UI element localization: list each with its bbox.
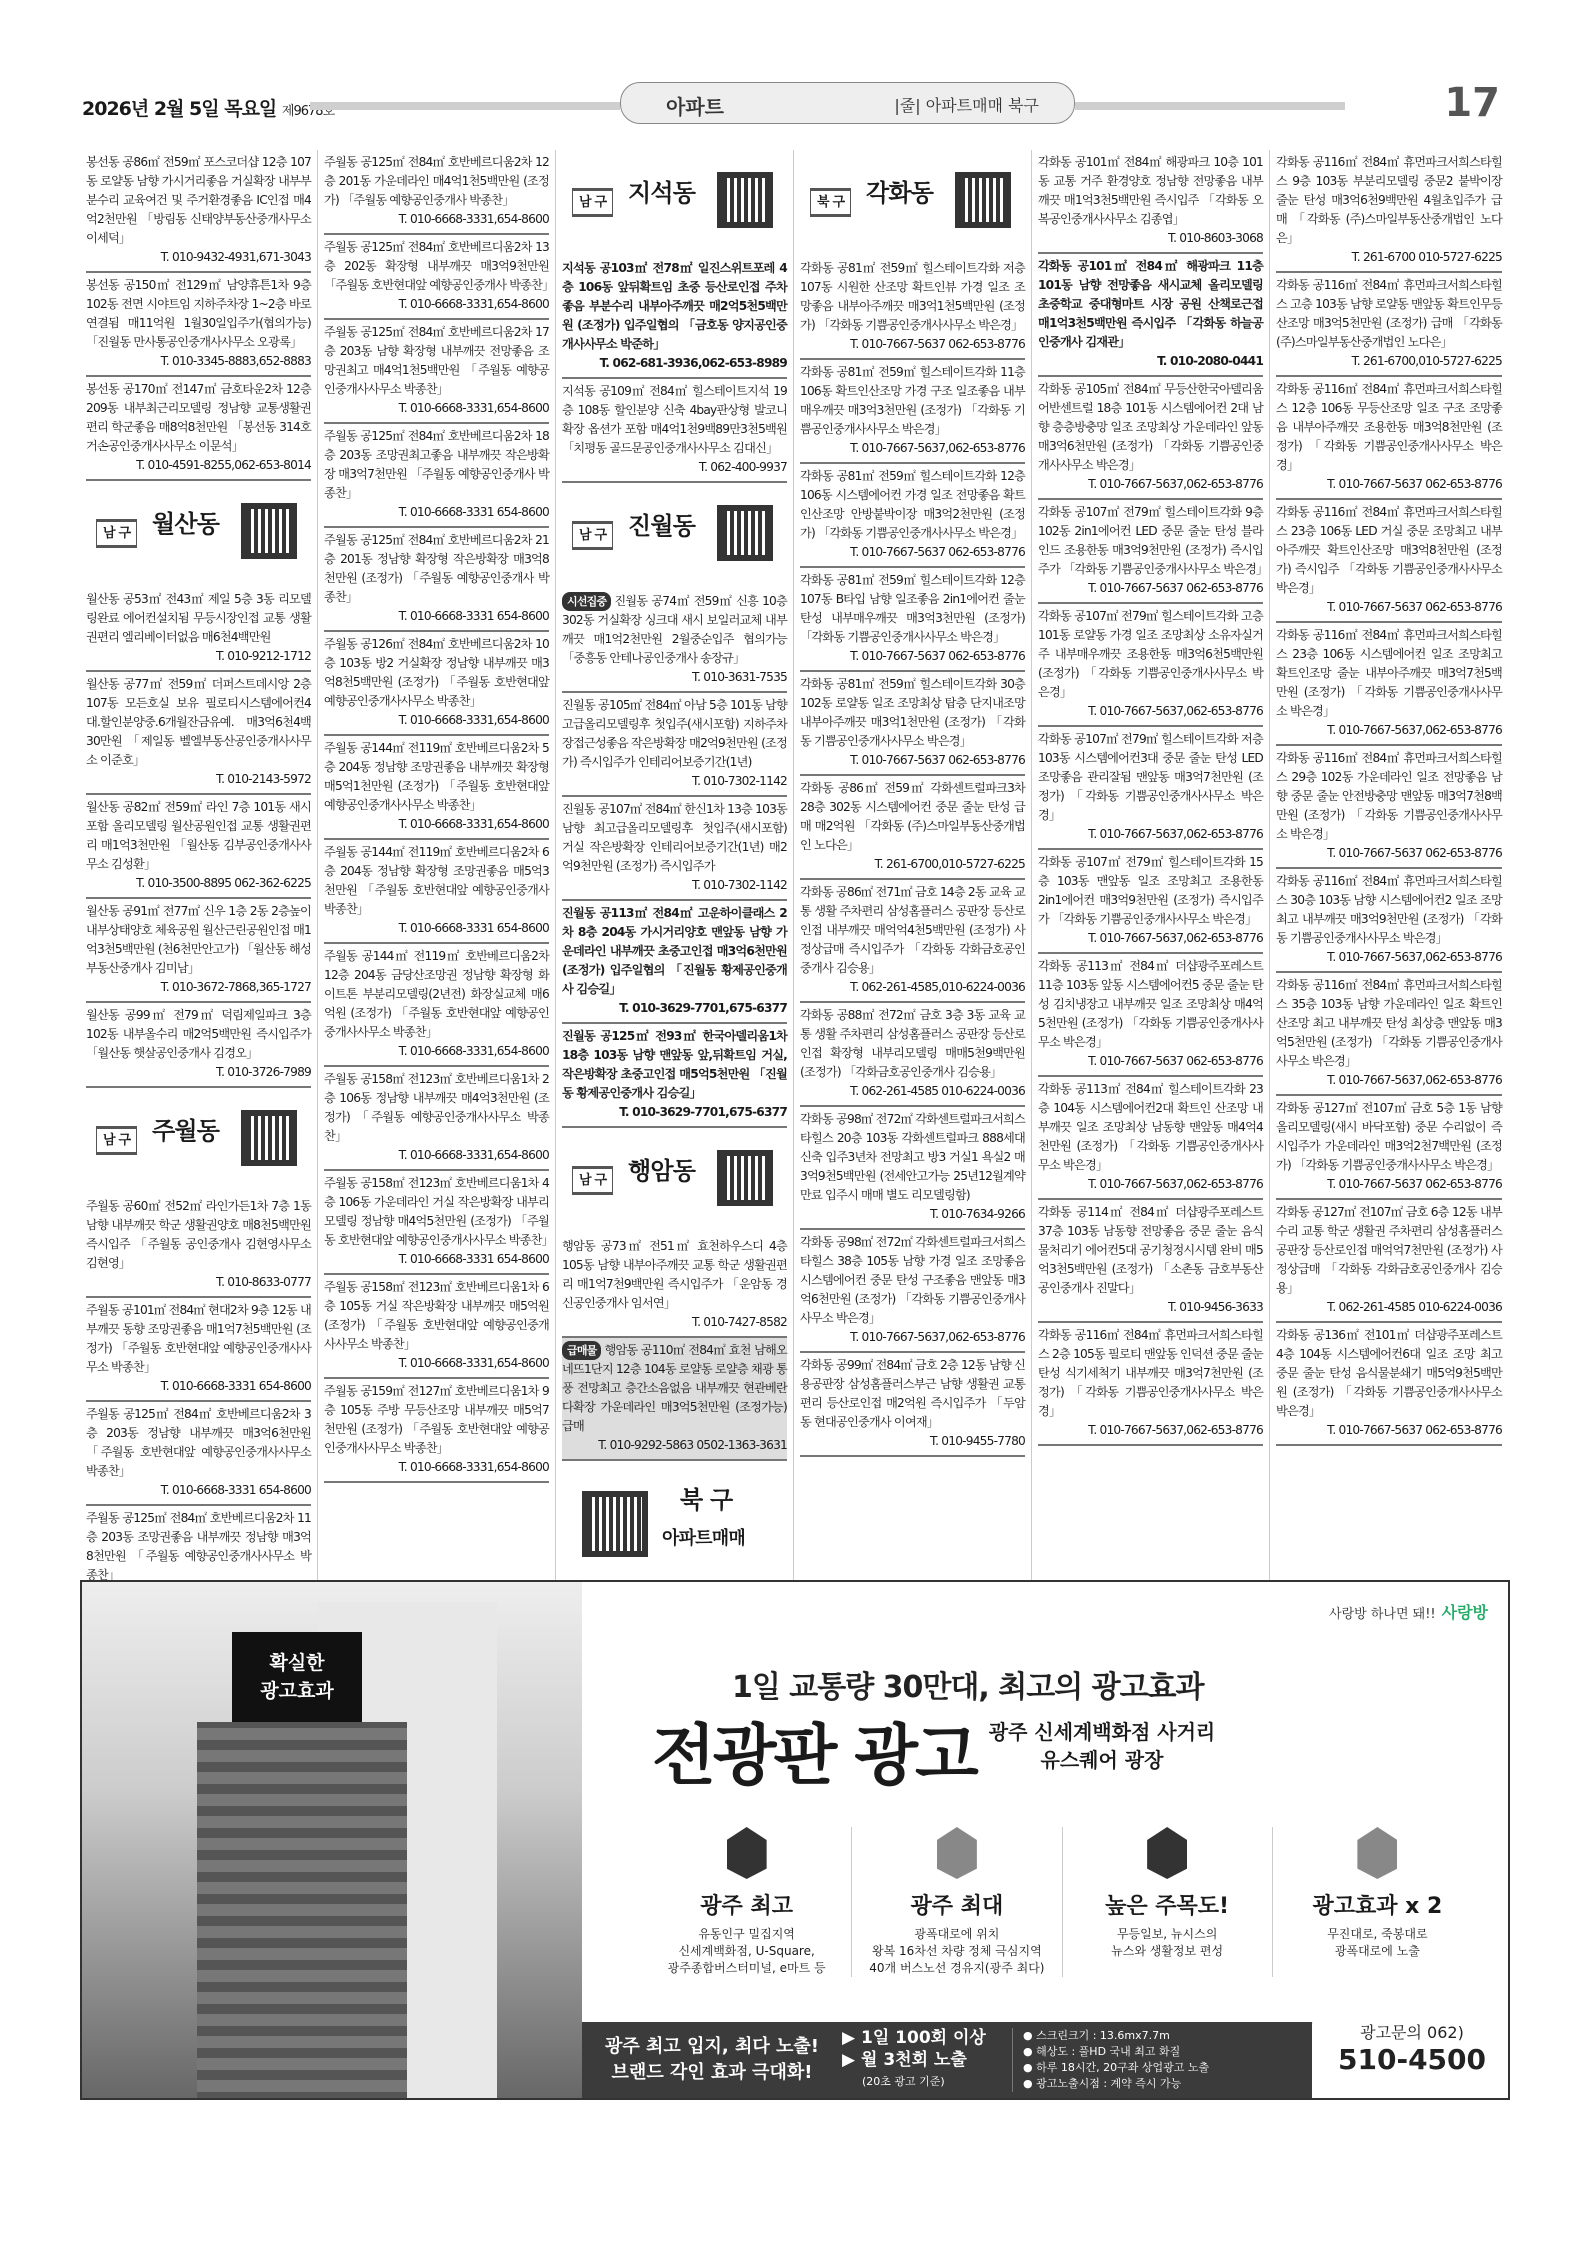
listing-ad: 진월동 공107㎡ 전84㎡ 한신1차 13층 103동 남향 최고급올리모델링… <box>562 797 787 901</box>
listing-ad: 주월동 공158㎡ 전123㎡ 호반베르디움1차 4층 106동 가운데라인 거… <box>324 1171 549 1275</box>
listing-ad: 진월동 공105㎡ 전84㎡ 아남 5층 101동 남향 고급올리모델링후 첫입… <box>562 693 787 797</box>
banner-location: 광주 신세계백화점 사거리유스퀘어 광장 <box>962 1718 1242 1774</box>
contact-box: 광고문의 062)510-4500 <box>1312 2012 1510 2098</box>
footer-specs: ● 스크린크기 : 13.6mx7.7m● 해상도 : 풀HD 국내 최고 화질… <box>1012 2028 1252 2092</box>
listing-phone: T. 010-3629-7701,675-6377 <box>562 1103 787 1122</box>
listing-ad: 월산동 공99㎡ 전79㎡ 덕림제일파크 3층 102동 내부올수리 매2억5백… <box>86 1003 311 1088</box>
listing-text: 각화동 공127㎡ 전107㎡ 금호 6층 12동 내부수리 교통 학군 생활권… <box>1276 1205 1502 1295</box>
listing-phone: T. 062-400-9937 <box>562 458 787 477</box>
section-title: 아파트 <box>666 91 724 120</box>
listing-text: 각화동 공81㎡ 전59㎡ 힐스테이트각화 12층 106동 시스템에어컨 가경… <box>800 469 1025 540</box>
listing-text: 각화동 공81㎡ 전59㎡ 힐스테이트각화 12층 107동 B타입 남향 일조… <box>800 573 1025 644</box>
listing-text: 주월동 공158㎡ 전123㎡ 호반베르디움1차 6층 105동 거실 작은방확… <box>324 1280 549 1351</box>
listing-text: 각화동 공116㎡ 전84㎡ 휴먼파크서희스타힐스 35층 103동 남향 가운… <box>1276 978 1502 1068</box>
listing-text: 봉선동 공170㎡ 전147㎡ 금호타운2차 12층 209동 내부최근리모델링… <box>86 382 311 453</box>
classifieds-columns: 봉선동 공86㎡ 전59㎡ 포스코더샵 12층 107동 로얄동 남향 가시거리… <box>80 150 1510 1580</box>
listing-ad: 주월동 공144㎡ 전119㎡ 호반베르디움2차 12층 204동 금당산조망권… <box>324 944 549 1067</box>
listing-phone: T. 010-6668-3331,654-8600 <box>324 1146 549 1165</box>
listing-ad: 봉선동 공170㎡ 전147㎡ 금호타운2차 12층 209동 내부최근리모델링… <box>86 377 311 481</box>
column: 주월동 공125㎡ 전84㎡ 호반베르디움2차 12층 201동 가운데라인 매… <box>318 150 556 1580</box>
listing-text: 주월동 공60㎡ 전52㎡ 라인가든1차 7층 1동 남향 내부깨끗 학군 생활… <box>86 1199 311 1270</box>
listing-ad: 각화동 공86㎡ 전59㎡ 각화센트럴파크3차 28층 302동 시스템에어컨 … <box>800 776 1025 880</box>
brand-logo: 사랑방 <box>1442 1603 1488 1622</box>
listing-phone: T. 010-2143-5972 <box>86 770 311 789</box>
listing-text: 각화동 공116㎡ 전84㎡ 휴먼파크서희스타힐스 30층 103동 남향 시스… <box>1276 874 1502 945</box>
listing-phone: T. 010-6668-3331,654-8600 <box>324 1354 549 1373</box>
listing-text: 각화동 공113㎡ 전84㎡ 힐스테이트각화 23층 104동 시스템에어컨2대… <box>1038 1082 1263 1172</box>
listing-phone: T. 261-6700,010-5727-6225 <box>800 855 1025 874</box>
listing-text: 각화동 공127㎡ 전107㎡ 금호 5층 1동 남향 올리모델링(새시 바닥포… <box>1276 1101 1502 1172</box>
listing-ad: 행암동 공73㎡ 전51㎡ 효천하우스디 4층 105동 남향 내부아주깨끗 교… <box>562 1234 787 1338</box>
listing-text: 진월동 공105㎡ 전84㎡ 아남 5층 101동 남향 고급올리모델링후 첫입… <box>562 698 787 769</box>
page-header: 2026년 2월 5일 목요일 제9678호 아파트 |줄| 아파트매매 북구 … <box>80 80 1510 130</box>
listing-phone: T. 261-6700 010-5727-6225 <box>1276 248 1502 267</box>
footer-stats: ▶ 1일 100회 이상▶ 월 3천회 노출(20초 광고 기준) <box>842 2027 1012 2093</box>
dong-name: 지석동 <box>628 184 695 203</box>
listing-text: 각화동 공101㎡ 전84㎡ 해광파크 10층 101동 교통 거주 환경양호 … <box>1038 155 1263 226</box>
district-label: 남 구 <box>572 1166 613 1195</box>
listing-phone: T. 010-7302-1142 <box>562 772 787 791</box>
building-facade <box>197 1722 407 2100</box>
listing-phone: T. 010-7667-5637 062-653-8776 <box>800 751 1025 770</box>
listing-phone: T. 010-7427-8582 <box>562 1313 787 1332</box>
listing-text: 각화동 공81㎡ 전59㎡ 힐스테이트각화 11층 106동 확트인산조망 가경… <box>800 365 1025 436</box>
listing-ad: 봉선동 공150㎡ 전129㎡ 남양휴튼1차 9층 102동 전면 시야트임 지… <box>86 273 311 377</box>
listing-text: 각화동 공116㎡ 전84㎡ 휴먼파크서희스타힐스 29층 102동 가운데라인… <box>1276 751 1502 841</box>
listing-ad: 각화동 공116㎡ 전84㎡ 휴먼파크서희스타힐스 12층 106동 무등산조망… <box>1276 377 1502 500</box>
listing-ad: 각화동 공81㎡ 전59㎡ 힐스테이트각화 11층 106동 확트인산조망 가경… <box>800 360 1025 464</box>
qr-code-icon[interactable] <box>241 503 297 559</box>
banner-headline: 1일 교통량 30만대, 최고의 광고효과 <box>732 1662 1204 1706</box>
banner-footer: 광주 최고 입지, 최다 노출!브랜드 각인 효과 극대화! ▶ 1일 100회… <box>582 2022 1510 2098</box>
listing-phone: T. 010-6668-3331 654-8600 <box>324 503 549 522</box>
billboard-ad-banner: 확실한광고효과 사랑방 하나면 돼!!사랑방 1일 교통량 30만대, 최고의 … <box>80 1580 1510 2100</box>
listing-ad: 각화동 공136㎡ 전101㎡ 더샵광주포레스트 4층 104동 시스템에어컨6… <box>1276 1323 1502 1446</box>
qr-code-icon[interactable] <box>717 1150 773 1206</box>
listing-text: 봉선동 공150㎡ 전129㎡ 남양휴튼1차 9층 102동 전면 시야트임 지… <box>86 278 311 349</box>
listing-text: 각화동 공116㎡ 전84㎡ 휴먼파크서희스타힐스 2층 105동 필로티 맨앞… <box>1038 1328 1263 1418</box>
listing-text: 주월동 공125㎡ 전84㎡ 호반베르디움2차 13층 202동 확장형 내부깨… <box>324 240 554 292</box>
dong-name: 주월동 <box>152 1122 219 1141</box>
listing-phone: T. 010-3345-8883,652-8883 <box>86 352 311 371</box>
listing-phone: T. 010-7667-5637,062-653-8776 <box>1038 475 1263 494</box>
listing-text: 주월동 공125㎡ 전84㎡ 호반베르디움2차 11층 203동 조망권좋음 내… <box>86 1511 311 1580</box>
column: 남 구지석동지석동 공103㎡ 전78㎡ 일진스위트포레 4층 106동 앞뒤확… <box>556 150 794 1580</box>
feature-item: 높은 주목도!무등일보, 뉴시스의 뉴스와 생활정보 편성 <box>1063 1827 1273 1977</box>
listing-ad: 각화동 공107㎡ 전79㎡ 힐스테이트각화 9층 102동 2in1에어컨 L… <box>1038 500 1263 604</box>
listing-ad: 각화동 공116㎡ 전84㎡ 휴먼파크서희스타힐스 23층 106동 시스템에어… <box>1276 623 1502 746</box>
listing-ad: 주월동 공125㎡ 전84㎡ 호반베르디움2차 12층 201동 가운데라인 매… <box>324 150 549 235</box>
listing-ad: 각화동 공114㎡ 전84㎡ 더샵광주포레스트 37층 103동 남동향 전망좋… <box>1038 1200 1263 1323</box>
footer-tagline: 광주 최고 입지, 최다 노출!브랜드 각인 효과 극대화! <box>582 2034 842 2086</box>
listing-ad: 주월동 공126㎡ 전84㎡ 호반베르디움2차 10층 103동 방2 거실확장… <box>324 632 549 736</box>
listing-ad: 주월동 공125㎡ 전84㎡ 호반베르디움2차 13층 202동 확장형 내부깨… <box>324 235 549 320</box>
feature-item: 광고효과 x 2무진대로, 죽봉대로 광폭대로에 노출 <box>1273 1827 1482 1977</box>
dong-name: 월산동 <box>152 515 219 534</box>
listing-ad: 주월동 공144㎡ 전119㎡ 호반베르디움2차 5층 204동 정남향 조망권… <box>324 736 549 840</box>
listing-phone: T. 010-3672-7868,365-1727 <box>86 978 311 997</box>
feature-list: 광주 최고유동인구 밀집지역 신세계백화점, U-Square, 광주종합버스터… <box>642 1827 1482 1977</box>
listing-ad: 진월동 공125㎡ 전93㎡ 한국아델리움1차 18층 103동 남향 맨앞동 … <box>562 1024 787 1128</box>
listing-ad: 각화동 공81㎡ 전59㎡ 힐스테이트각화 12층 107동 B타입 남향 일조… <box>800 568 1025 672</box>
header-rule-right <box>1075 102 1345 110</box>
listing-ad: 월산동 공77㎡ 전59㎡ 더퍼스트데시앙 2층 107동 모든호실 보유 필로… <box>86 672 311 795</box>
listing-phone: T. 010-9455-7780 <box>800 1432 1025 1451</box>
listing-text: 각화동 공81㎡ 전59㎡ 힐스테이트각화 저층 107동 시원한 산조망 확트… <box>800 261 1025 332</box>
listing-phone: T. 010-7667-5637 062-653-8776 <box>1276 1421 1502 1440</box>
listing-text: 주월동 공144㎡ 전119㎡ 호반베르디움2차 12층 204동 금당산조망권… <box>324 949 549 1039</box>
listing-phone: T. 010-7667-5637,062-653-8776 <box>1276 1071 1502 1090</box>
listing-text: 진월동 공125㎡ 전93㎡ 한국아델리움1차 18층 103동 남향 맨앞동 … <box>562 1029 787 1100</box>
listing-text: 각화동 공136㎡ 전101㎡ 더샵광주포레스트 4층 104동 시스템에어컨6… <box>1276 1328 1502 1418</box>
qr-code-icon[interactable] <box>717 172 773 228</box>
listing-phone: T. 010-7667-5637,062-653-8776 <box>1038 929 1263 948</box>
listing-text: 주월동 공144㎡ 전119㎡ 호반베르디움2차 6층 204동 정남향 확장형… <box>324 845 549 916</box>
listing-ad: 주월동 공125㎡ 전84㎡ 호반베르디움2차 3층 203동 정남향 내부깨끗… <box>86 1402 311 1506</box>
listing-text: 각화동 공105㎡ 전84㎡ 무등산한국아델리움어반센트럴 18층 101동 시… <box>1038 382 1263 472</box>
listing-ad: 각화동 공116㎡ 전84㎡ 휴먼파크서희스타힐스 35층 103동 남향 가운… <box>1276 973 1502 1096</box>
listing-text: 주월동 공101㎡ 전84㎡ 현대2차 9층 12동 내부깨끗 동향 조망권좋음… <box>86 1303 311 1374</box>
banner-title: 전광판 광고 <box>652 1702 976 1797</box>
listing-text: 지석동 공109㎡ 전84㎡ 힐스테이트지석 19층 108동 할인분양 신축 … <box>562 384 787 455</box>
listing-text: 주월동 공125㎡ 전84㎡ 호반베르디움2차 21층 201동 정남향 확장형… <box>324 533 549 604</box>
listing-phone: T. 010-7667-5637 062-653-8776 <box>800 647 1025 666</box>
listing-text: 주월동 공144㎡ 전119㎡ 호반베르디움2차 5층 204동 정남향 조망권… <box>324 741 549 812</box>
listing-ad: 각화동 공113㎡ 전84㎡ 더샵광주포레스트 11층 103동 앞동 시스템에… <box>1038 954 1263 1077</box>
listing-ad: 각화동 공116㎡ 전84㎡ 휴먼파크서희스타힐스 29층 102동 가운데라인… <box>1276 746 1502 869</box>
listing-text: 주월동 공158㎡ 전123㎡ 호반베르디움1차 4층 106동 가운데라인 거… <box>324 1176 553 1247</box>
listing-phone: T. 010-6668-3331 654-8600 <box>324 607 549 626</box>
double-effect-icon <box>1357 1827 1397 1879</box>
listing-ad: 각화동 공127㎡ 전107㎡ 금호 6층 12동 내부수리 교통 학군 생활권… <box>1276 1200 1502 1323</box>
crowd-icon <box>727 1827 767 1879</box>
listing-phone: T. 010-3726-7989 <box>86 1063 311 1082</box>
listing-phone: T. 010-6668-3331 654-8600 <box>324 919 549 938</box>
dong-name: 각화동 <box>866 184 933 203</box>
subsection-title: |줄| 아파트매매 북구 <box>894 93 1039 116</box>
listing-ad: 주월동 공125㎡ 전84㎡ 호반베르디움2차 17층 203동 남향 확장형 … <box>324 320 549 424</box>
listing-phone: T. 062-261-4585 010-6224-0036 <box>800 1082 1025 1101</box>
listing-phone: T. 010-7667-5637,062-653-8776 <box>1038 825 1263 844</box>
listing-text: 각화동 공116㎡ 전84㎡ 휴먼파크서희스타힐스 12층 106동 무등산조망… <box>1276 382 1502 472</box>
listing-phone: T. 010-7667-5637 062-653-8776 <box>1276 1175 1502 1194</box>
listing-text: 각화동 공86㎡ 전59㎡ 각화센트럴파크3차 28층 302동 시스템에어컨 … <box>800 781 1025 852</box>
column: 각화동 공101㎡ 전84㎡ 해광파크 10층 101동 교통 거주 환경양호 … <box>1032 150 1270 1580</box>
listing-phone: T. 010-8633-0777 <box>86 1273 311 1292</box>
listing-ad: 각화동 공86㎡ 전71㎡ 금호 14층 2동 교육 교통 생활 주차편리 삼성… <box>800 880 1025 1003</box>
listing-phone: T. 062-261-4585,010-6224-0036 <box>800 978 1025 997</box>
listing-ad: 각화동 공81㎡ 전59㎡ 힐스테이트각화 저층 107동 시원한 산조망 확트… <box>800 256 1025 360</box>
issue-date: 2026년 2월 5일 목요일 제9678호 <box>82 94 334 121</box>
billboard-photo: 확실한광고효과 <box>82 1582 582 2100</box>
listing-ad: 봉선동 공86㎡ 전59㎡ 포스코더샵 12층 107동 로얄동 남향 가시거리… <box>86 150 311 273</box>
district-label: 남 구 <box>572 521 613 550</box>
listing-text: 월산동 공91㎡ 전77㎡ 신우 1층 2동 2층높이 내부상태양호 체육공원 … <box>86 904 311 975</box>
listing-ad: 각화동 공116㎡ 전84㎡ 휴먼파크서희스타힐스 고층 103동 남향 로얄동… <box>1276 273 1502 377</box>
feature-item: 광주 최대광폭대로에 위치 왕복 16차선 차량 정체 극심지역 40개 버스노… <box>852 1827 1062 1977</box>
district-section-header: 북 구각화동 <box>800 158 1025 248</box>
listing-text: 각화동 공116㎡ 전84㎡ 휴먼파크서희스타힐스 23층 106동 LED 거… <box>1276 505 1502 595</box>
listing-phone: T. 010-7667-5637 062-653-8776 <box>800 335 1025 354</box>
listing-phone: T. 010-6668-3331,654-8600 <box>324 295 549 314</box>
listing-phone: T. 010-3500-8895 062-362-6225 <box>86 874 311 893</box>
listing-ad: 주월동 공101㎡ 전84㎡ 현대2차 9층 12동 내부깨끗 동향 조망권좋음… <box>86 1298 311 1402</box>
listing-ad: 각화동 공116㎡ 전84㎡ 휴먼파크서희스타힐스 9층 103동 부분리모델링… <box>1276 150 1502 273</box>
district-section-header: 남 구행암동 <box>562 1136 787 1226</box>
listing-text: 각화동 공116㎡ 전84㎡ 휴먼파크서희스타힐스 9층 103동 부분리모델링… <box>1276 155 1502 245</box>
listing-phone: T. 010-6668-3331,654-8600 <box>324 815 549 834</box>
district-section-header: 남 구주월동 <box>86 1096 311 1186</box>
listing-phone: T. 010-7634-9266 <box>800 1205 1025 1224</box>
listing-ad: 지석동 공103㎡ 전78㎡ 일진스위트포레 4층 106동 앞뒤확트임 초중 … <box>562 256 787 379</box>
dong-name: 진월동 <box>628 517 695 536</box>
listing-phone: T. 261-6700,010-5727-6225 <box>1276 352 1502 371</box>
traffic-icon <box>937 1827 977 1879</box>
listing-ad: 주월동 공125㎡ 전84㎡ 호반베르디움2차 11층 203동 조망권좋음 내… <box>86 1506 311 1580</box>
listing-text: 월산동 공53㎡ 전43㎡ 제일 5층 3동 리모델링완료 에어컨설치됨 무등시… <box>86 592 311 644</box>
listing-text: 각화동 공98㎡ 전72㎡ 각화센트럴파크서희스타힐스 20층 103동 각화센… <box>800 1112 1025 1202</box>
listing-phone: T. 010-6668-3331 654-8600 <box>86 1377 311 1396</box>
listing-ad: 각화동 공81㎡ 전59㎡ 힐스테이트각화 12층 106동 시스템에어컨 가경… <box>800 464 1025 568</box>
listing-text: 주월동 공125㎡ 전84㎡ 호반베르디움2차 12층 201동 가운데라인 매… <box>324 155 549 207</box>
district-label: 남 구 <box>96 519 137 548</box>
listing-ad: 주월동 공144㎡ 전119㎡ 호반베르디움2차 6층 204동 정남향 확장형… <box>324 840 549 944</box>
qr-code-icon[interactable] <box>241 1110 297 1166</box>
listing-ad: 각화동 공101㎡ 전84㎡ 해광파크 10층 101동 교통 거주 환경양호 … <box>1038 150 1263 254</box>
listing-phone: T. 062-261-4585 010-6224-0036 <box>1276 1298 1502 1317</box>
listing-text: 주월동 공126㎡ 전84㎡ 호반베르디움2차 10층 103동 방2 거실확장… <box>324 637 549 708</box>
listing-text: 각화동 공99㎡ 전84㎡ 금호 2층 12동 남향 신용공판장 삼성홈플러스부… <box>800 1358 1025 1429</box>
district-section-header: 남 구월산동 <box>86 489 311 579</box>
listing-text: 월산동 공99㎡ 전79㎡ 덕림제일파크 3층 102동 내부올수리 매2억5백… <box>86 1008 311 1060</box>
listing-text: 각화동 공81㎡ 전59㎡ 힐스테이트각화 30층 102동 로얄동 일조 조망… <box>800 677 1025 748</box>
listing-ad: 지석동 공109㎡ 전84㎡ 힐스테이트지석 19층 108동 할인분양 신축 … <box>562 379 787 483</box>
qr-code-icon[interactable] <box>717 505 773 561</box>
listing-phone: T. 010-6668-3331 654-8600 <box>324 1250 549 1269</box>
column: 북 구각화동각화동 공81㎡ 전59㎡ 힐스테이트각화 저층 107동 시원한 … <box>794 150 1032 1580</box>
column: 봉선동 공86㎡ 전59㎡ 포스코더샵 12층 107동 로얄동 남향 가시거리… <box>80 150 318 1580</box>
listing-phone: T. 010-6668-3331,654-8600 <box>324 1042 549 1061</box>
badge: 급매물 <box>562 1341 601 1360</box>
listing-text: 각화동 공101㎡ 전84㎡ 해광파크 11층 101동 남향 전망좋음 새시교… <box>1038 259 1263 349</box>
listing-phone: T. 062-681-3936,062-653-8989 <box>562 354 787 373</box>
listing-phone: T. 010-7667-5637 062-653-8776 <box>1038 1052 1263 1071</box>
contact-phone: 510-4500 <box>1312 2043 1510 2076</box>
district-label: 남 구 <box>96 1126 137 1155</box>
listing-phone: T. 010-8603-3068 <box>1038 229 1263 248</box>
listing-ad: 각화동 공81㎡ 전59㎡ 힐스테이트각화 30층 102동 로얄동 일조 조망… <box>800 672 1025 776</box>
listing-text: 각화동 공113㎡ 전84㎡ 더샵광주포레스트 11층 103동 앞동 시스템에… <box>1038 959 1263 1049</box>
listing-ad: 주월동 공158㎡ 전123㎡ 호반베르디움1차 6층 105동 거실 작은방확… <box>324 1275 549 1379</box>
listing-text: 각화동 공116㎡ 전84㎡ 휴먼파크서희스타힐스 23층 106동 시스템에어… <box>1276 628 1502 718</box>
listing-text: 각화동 공88㎡ 전72㎡ 금호 3층 3동 교육 교통 생활 주차편리 삼성홈… <box>800 1008 1025 1079</box>
listing-text: 월산동 공77㎡ 전59㎡ 더퍼스트데시앙 2층 107동 모든호실 보유 필로… <box>86 677 311 767</box>
listing-phone: T. 010-6668-3331,654-8600 <box>324 711 549 730</box>
listing-phone: T. 010-7667-5637,062-653-8776 <box>800 439 1025 458</box>
listing-phone: T. 010-9212-1712 <box>86 647 311 666</box>
listing-phone: T. 010-7667-5637,062-653-8776 <box>800 1328 1025 1347</box>
listing-phone: T. 010-7667-5637,062-653-8776 <box>1038 1421 1263 1440</box>
badge: 시선집중 <box>562 592 611 611</box>
listing-phone: T. 010-7302-1142 <box>562 876 787 895</box>
listing-ad: 월산동 공91㎡ 전77㎡ 신우 1층 2동 2층높이 내부상태양호 체육공원 … <box>86 899 311 1003</box>
listing-ad: 각화동 공88㎡ 전72㎡ 금호 3층 3동 교육 교통 생활 주차편리 삼성홈… <box>800 1003 1025 1107</box>
listing-phone: T. 010-9432-4931,671-3043 <box>86 248 311 267</box>
listing-ad: 주월동 공125㎡ 전84㎡ 호반베르디움2차 21층 201동 정남향 확장형… <box>324 528 549 632</box>
listing-text: 각화동 공107㎡ 전79㎡ 힐스테이트각화 15층 103동 맨앞동 일조 조… <box>1038 855 1263 926</box>
listing-ad: 각화동 공116㎡ 전84㎡ 휴먼파크서희스타힐스 23층 106동 LED 거… <box>1276 500 1502 623</box>
dong-name: 행암동 <box>628 1162 695 1181</box>
listing-phone: T. 010-7667-5637 062-653-8776 <box>1276 844 1502 863</box>
listing-ad: 각화동 공98㎡ 전72㎡ 각화센트럴파크서희스타힐스 38층 105동 남향 … <box>800 1230 1025 1353</box>
district-label: 남 구 <box>572 188 613 217</box>
listing-phone: T. 010-3629-7701,675-6377 <box>562 999 787 1018</box>
listing-text: 봉선동 공86㎡ 전59㎡ 포스코더샵 12층 107동 로얄동 남향 가시거리… <box>86 155 311 245</box>
listing-ad: 월산동 공53㎡ 전43㎡ 제일 5층 3동 리모델링완료 에어컨설치됨 무등시… <box>86 587 311 672</box>
listing-ad: 각화동 공99㎡ 전84㎡ 금호 2층 12동 남향 신용공판장 삼성홈플러스부… <box>800 1353 1025 1457</box>
header-rule-left <box>310 102 620 110</box>
district-section-header: 남 구진월동 <box>562 491 787 581</box>
listing-phone: T. 010-4591-8255,062-653-8014 <box>86 456 311 475</box>
listing-ad: 각화동 공105㎡ 전84㎡ 무등산한국아델리움어반센트럴 18층 101동 시… <box>1038 377 1263 500</box>
listing-phone: T. 010-7667-5637,062-653-8776 <box>1038 1175 1263 1194</box>
district-label: 북 구 <box>810 188 851 217</box>
listing-ad: 시선집중진월동 공74㎡ 전59㎡ 신흥 10층 302동 거실확장 싱크대 새… <box>562 589 787 693</box>
listing-ad: 주월동 공158㎡ 전123㎡ 호반베르디움1차 2층 106동 정남향 내부깨… <box>324 1067 549 1171</box>
listing-ad: 주월동 공60㎡ 전52㎡ 라인가든1차 7층 1동 남향 내부깨끗 학군 생활… <box>86 1194 311 1298</box>
listing-text: 각화동 공116㎡ 전84㎡ 휴먼파크서희스타힐스 고층 103동 남향 로얄동… <box>1276 278 1502 349</box>
listing-phone: T. 010-7667-5637,062-653-8776 <box>1038 702 1263 721</box>
qr-code-icon[interactable] <box>955 172 1011 228</box>
screen-icon <box>1147 1827 1187 1879</box>
listing-text: 주월동 공158㎡ 전123㎡ 호반베르디움1차 2층 106동 정남향 내부깨… <box>324 1072 549 1143</box>
listing-phone: T. 010-7667-5637 062-653-8776 <box>800 543 1025 562</box>
listing-ad: 각화동 공107㎡ 전79㎡ 힐스테이트각화 저층 103동 시스템에어컨3대 … <box>1038 727 1263 850</box>
listing-text: 각화동 공98㎡ 전72㎡ 각화센트럴파크서희스타힐스 38층 105동 남향 … <box>800 1235 1025 1325</box>
listing-text: 행암동 공73㎡ 전51㎡ 효천하우스디 4층 105동 남향 내부아주깨끗 교… <box>562 1239 787 1310</box>
qr-code-icon[interactable] <box>582 1491 648 1557</box>
listing-ad: 각화동 공127㎡ 전107㎡ 금호 5층 1동 남향 올리모델링(새시 바닥포… <box>1276 1096 1502 1200</box>
listing-phone: T. 010-6668-3331,654-8600 <box>324 1458 549 1477</box>
listing-ad: 각화동 공107㎡ 전79㎡ 힐스테이트각화 15층 103동 맨앞동 일조 조… <box>1038 850 1263 954</box>
listing-phone: T. 010-7667-5637 062-653-8776 <box>1276 475 1502 494</box>
listing-text: 주월동 공125㎡ 전84㎡ 호반베르디움2차 18층 203동 조망권최고좋음… <box>324 429 549 500</box>
listing-text: 각화동 공107㎡ 전79㎡ 힐스테이트각화 9층 102동 2in1에어컨 L… <box>1038 505 1268 576</box>
bukgu-promo: 북 구아파트매매 <box>562 1471 787 1580</box>
listing-phone: T. 010-7667-5637,062-653-8776 <box>1276 721 1502 740</box>
billboard-screen: 확실한광고효과 <box>232 1632 362 1722</box>
listing-phone: T. 010-2080-0441 <box>1038 352 1263 371</box>
listing-phone: T. 010-9292-5863 0502-1363-3631 <box>562 1436 787 1455</box>
listing-text: 각화동 공107㎡ 전79㎡ 힐스테이트각화 저층 103동 시스템에어컨3대 … <box>1038 732 1263 822</box>
listing-phone: T. 010-7667-5637 062-653-8776 <box>1038 579 1263 598</box>
listing-phone: T. 010-6668-3331,654-8600 <box>324 399 549 418</box>
listing-phone: T. 010-6668-3331,654-8600 <box>324 210 549 229</box>
listing-text: 지석동 공103㎡ 전78㎡ 일진스위트포레 4층 106동 앞뒤확트임 초중 … <box>562 261 787 351</box>
listing-text: 주월동 공125㎡ 전84㎡ 호반베르디움2차 3층 203동 정남향 내부깨끗… <box>86 1407 311 1478</box>
listing-ad: 주월동 공159㎡ 전127㎡ 호반베르디움1차 9층 105동 주방 무등산조… <box>324 1379 549 1483</box>
listing-text: 각화동 공86㎡ 전71㎡ 금호 14층 2동 교육 교통 생활 주차편리 삼성… <box>800 885 1025 975</box>
listing-phone: T. 010-7667-5637,062-653-8776 <box>1276 948 1502 967</box>
listing-ad: 각화동 공107㎡ 전79㎡ 힐스테이트각화 고층 101동 로얄동 가경 일조… <box>1038 604 1263 727</box>
listing-ad: 각화동 공101㎡ 전84㎡ 해광파크 11층 101동 남향 전망좋음 새시교… <box>1038 254 1263 377</box>
section-pill: 아파트 |줄| 아파트매매 북구 <box>620 82 1075 124</box>
listing-ad: 각화동 공116㎡ 전84㎡ 휴먼파크서희스타힐스 30층 103동 남향 시스… <box>1276 869 1502 973</box>
listing-text: 각화동 공114㎡ 전84㎡ 더샵광주포레스트 37층 103동 남동향 전망좋… <box>1038 1205 1263 1295</box>
listing-phone: T. 010-3631-7535 <box>562 668 787 687</box>
listing-text: 주월동 공125㎡ 전84㎡ 호반베르디움2차 17층 203동 남향 확장형 … <box>324 325 549 396</box>
listing-text: 월산동 공82㎡ 전59㎡ 라인 7층 101동 새시포함 올리모델링 월산공원… <box>86 800 311 871</box>
column: 각화동 공116㎡ 전84㎡ 휴먼파크서희스타힐스 9층 103동 부분리모델링… <box>1270 150 1508 1580</box>
listing-text: 진월동 공107㎡ 전84㎡ 한신1차 13층 103동 남향 최고급올리모델링… <box>562 802 787 873</box>
listing-ad: 월산동 공82㎡ 전59㎡ 라인 7층 101동 새시포함 올리모델링 월산공원… <box>86 795 311 899</box>
listing-ad: 주월동 공125㎡ 전84㎡ 호반베르디움2차 18층 203동 조망권최고좋음… <box>324 424 549 528</box>
listing-phone: T. 010-7667-5637 062-653-8776 <box>1276 598 1502 617</box>
feature-item: 광주 최고유동인구 밀집지역 신세계백화점, U-Square, 광주종합버스터… <box>642 1827 852 1977</box>
listing-text: 진월동 공113㎡ 전84㎡ 고운하이클래스 2차 8층 204동 가시거리양호… <box>562 906 787 996</box>
listing-phone: T. 010-6668-3331 654-8600 <box>86 1481 311 1500</box>
listing-ad: 급매물행암동 공110㎡ 전84㎡ 효천 남해오네뜨1단지 12층 104동 로… <box>562 1338 787 1461</box>
listing-phone: T. 010-9456-3633 <box>1038 1298 1263 1317</box>
listing-ad: 진월동 공113㎡ 전84㎡ 고운하이클래스 2차 8층 204동 가시거리양호… <box>562 901 787 1024</box>
listing-text: 각화동 공107㎡ 전79㎡ 힐스테이트각화 고층 101동 로얄동 가경 일조… <box>1038 609 1263 699</box>
listing-text: 주월동 공159㎡ 전127㎡ 호반베르디움1차 9층 105동 주방 무등산조… <box>324 1384 549 1455</box>
brand-slogan: 사랑방 하나면 돼!!사랑방 <box>1329 1600 1488 1623</box>
page-number: 17 <box>1444 80 1500 126</box>
district-section-header: 남 구지석동 <box>562 158 787 248</box>
listing-ad: 각화동 공113㎡ 전84㎡ 힐스테이트각화 23층 104동 시스템에어컨2대… <box>1038 1077 1263 1200</box>
listing-ad: 각화동 공116㎡ 전84㎡ 휴먼파크서희스타힐스 2층 105동 필로티 맨앞… <box>1038 1323 1263 1446</box>
listing-ad: 각화동 공98㎡ 전72㎡ 각화센트럴파크서희스타힐스 20층 103동 각화센… <box>800 1107 1025 1230</box>
